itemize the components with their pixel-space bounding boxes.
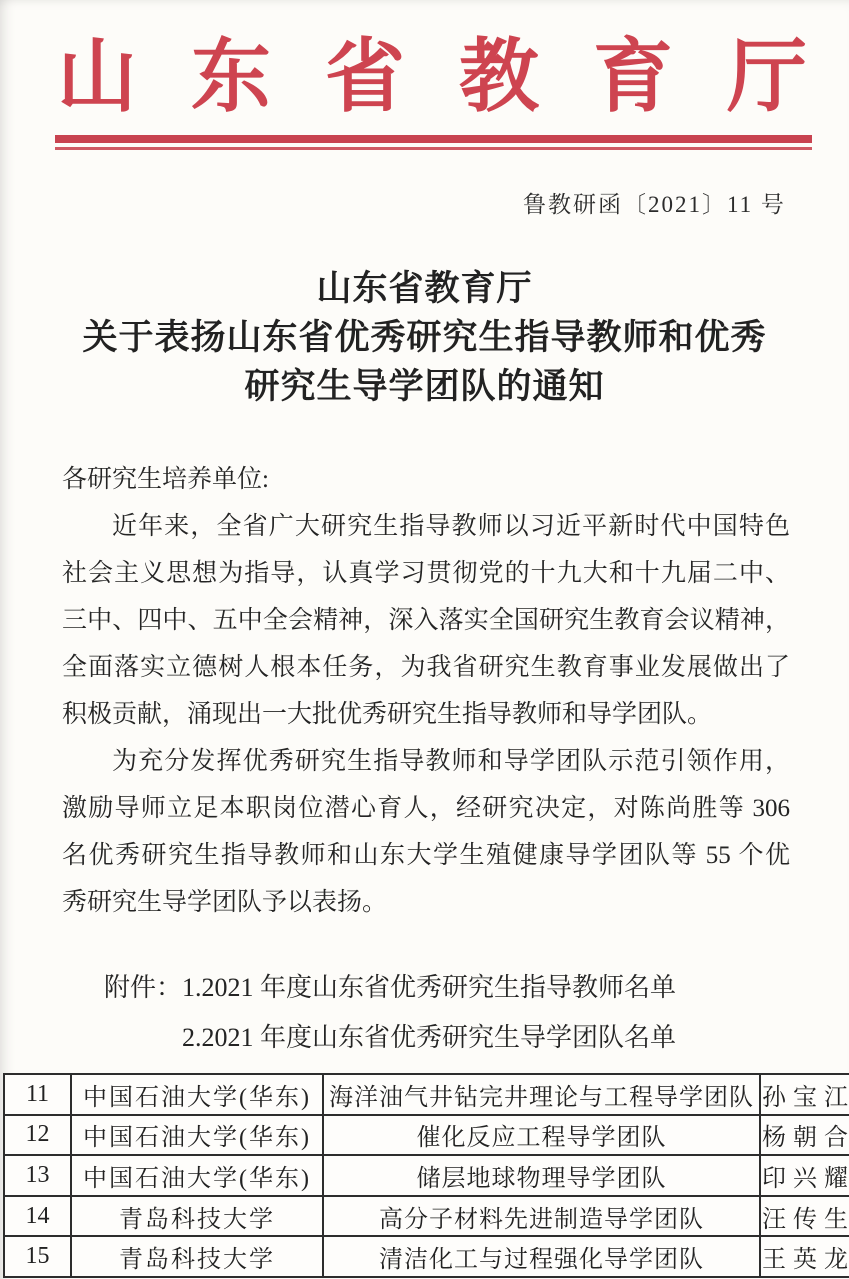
team-roster-table: 11 中国石油大学(华东) 海洋油气井钻完井理论与工程导学团队 孙宝江 12 中… [3, 1073, 849, 1278]
table-row: 12 中国石油大学(华东) 催化反应工程导学团队 杨朝合 [4, 1115, 849, 1156]
body-line: 三中、四中、五中全会精神，深入落实全国研究生教育会议精神， [62, 597, 790, 644]
body-line: 为充分发挥优秀研究生指导教师和导学团队示范引领作用， [62, 738, 790, 785]
notice-body: 各研究生培养单位: 近年来，全省广大研究生指导教师以习近平新时代中国特色 社会主… [62, 456, 790, 926]
row-number-cell: 12 [4, 1115, 71, 1156]
university-cell: 中国石油大学(华东) [71, 1115, 323, 1156]
team-name-cell: 海洋油气井钻完井理论与工程导学团队 [323, 1074, 760, 1115]
team-name-cell: 储层地球物理导学团队 [323, 1155, 760, 1196]
body-line: 名优秀研究生指导教师和山东大学生殖健康导学团队等 55 个优 [62, 832, 790, 879]
attachment-item-1: 1.2021 年度山东省优秀研究生指导教师名单 [182, 963, 676, 1013]
team-name-cell: 高分子材料先进制造导学团队 [323, 1196, 760, 1237]
table-row: 11 中国石油大学(华东) 海洋油气井钻完井理论与工程导学团队 孙宝江 [4, 1074, 849, 1115]
university-cell: 中国石油大学(华东) [71, 1155, 323, 1196]
leader-name-cell: 印兴耀 [760, 1155, 849, 1196]
letterhead-title: 山东省教育厅 [57, 26, 849, 130]
notice-title-line-1: 山东省教育厅 [0, 264, 849, 313]
notice-title-line-3: 研究生导学团队的通知 [0, 362, 849, 411]
leader-name-cell: 孙宝江 [760, 1074, 849, 1115]
body-line: 全面落实立德树人根本任务，为我省研究生教育事业发展做出了 [62, 644, 790, 691]
body-line: 社会主义思想为指导，认真学习贯彻党的十九大和十九届二中、 [62, 550, 790, 597]
row-number-cell: 13 [4, 1155, 71, 1196]
notice-title-line-2: 关于表扬山东省优秀研究生指导教师和优秀 [0, 313, 849, 362]
table-row: 14 青岛科技大学 高分子材料先进制造导学团队 汪传生 [4, 1196, 849, 1237]
divider-thick-line [55, 135, 812, 143]
salutation: 各研究生培养单位: [62, 456, 790, 503]
row-number-cell: 14 [4, 1196, 71, 1237]
body-line: 积极贡献，涌现出一大批优秀研究生指导教师和导学团队。 [62, 691, 790, 738]
leader-name-cell: 汪传生 [760, 1196, 849, 1237]
notice-title: 山东省教育厅 关于表扬山东省优秀研究生指导教师和优秀 研究生导学团队的通知 [0, 264, 849, 411]
row-number-cell: 11 [4, 1074, 71, 1115]
table-row: 13 中国石油大学(华东) 储层地球物理导学团队 印兴耀 [4, 1155, 849, 1196]
attachments-label: 附件： [104, 963, 182, 1013]
scanned-official-document: 山东省教育厅 鲁教研函〔2021〕11 号 山东省教育厅 关于表扬山东省优秀研究… [0, 0, 849, 1279]
letterhead-divider [55, 135, 812, 150]
team-name-cell: 催化反应工程导学团队 [323, 1115, 760, 1156]
body-line: 激励导师立足本职岗位潜心育人，经研究决定，对陈尚胜等 306 [62, 785, 790, 832]
attachments-list: 1.2021 年度山东省优秀研究生指导教师名单 2.2021 年度山东省优秀研究… [182, 963, 676, 1063]
university-cell: 青岛科技大学 [71, 1196, 323, 1237]
attachments-block: 附件： 1.2021 年度山东省优秀研究生指导教师名单 2.2021 年度山东省… [104, 963, 676, 1063]
doc-number: 鲁教研函〔2021〕11 号 [523, 186, 786, 219]
attachment-item-2: 2.2021 年度山东省优秀研究生导学团队名单 [182, 1013, 676, 1063]
university-cell: 中国石油大学(华东) [71, 1074, 323, 1115]
body-line: 秀研究生导学团队予以表扬。 [62, 879, 790, 926]
team-name-cell: 清洁化工与过程强化导学团队 [323, 1236, 760, 1277]
row-number-cell: 15 [4, 1236, 71, 1277]
table-row: 15 青岛科技大学 清洁化工与过程强化导学团队 王英龙 [4, 1236, 849, 1277]
divider-thin-line [55, 147, 812, 150]
body-line: 近年来，全省广大研究生指导教师以习近平新时代中国特色 [62, 503, 790, 550]
leader-name-cell: 杨朝合 [760, 1115, 849, 1156]
university-cell: 青岛科技大学 [71, 1236, 323, 1277]
leader-name-cell: 王英龙 [760, 1236, 849, 1277]
